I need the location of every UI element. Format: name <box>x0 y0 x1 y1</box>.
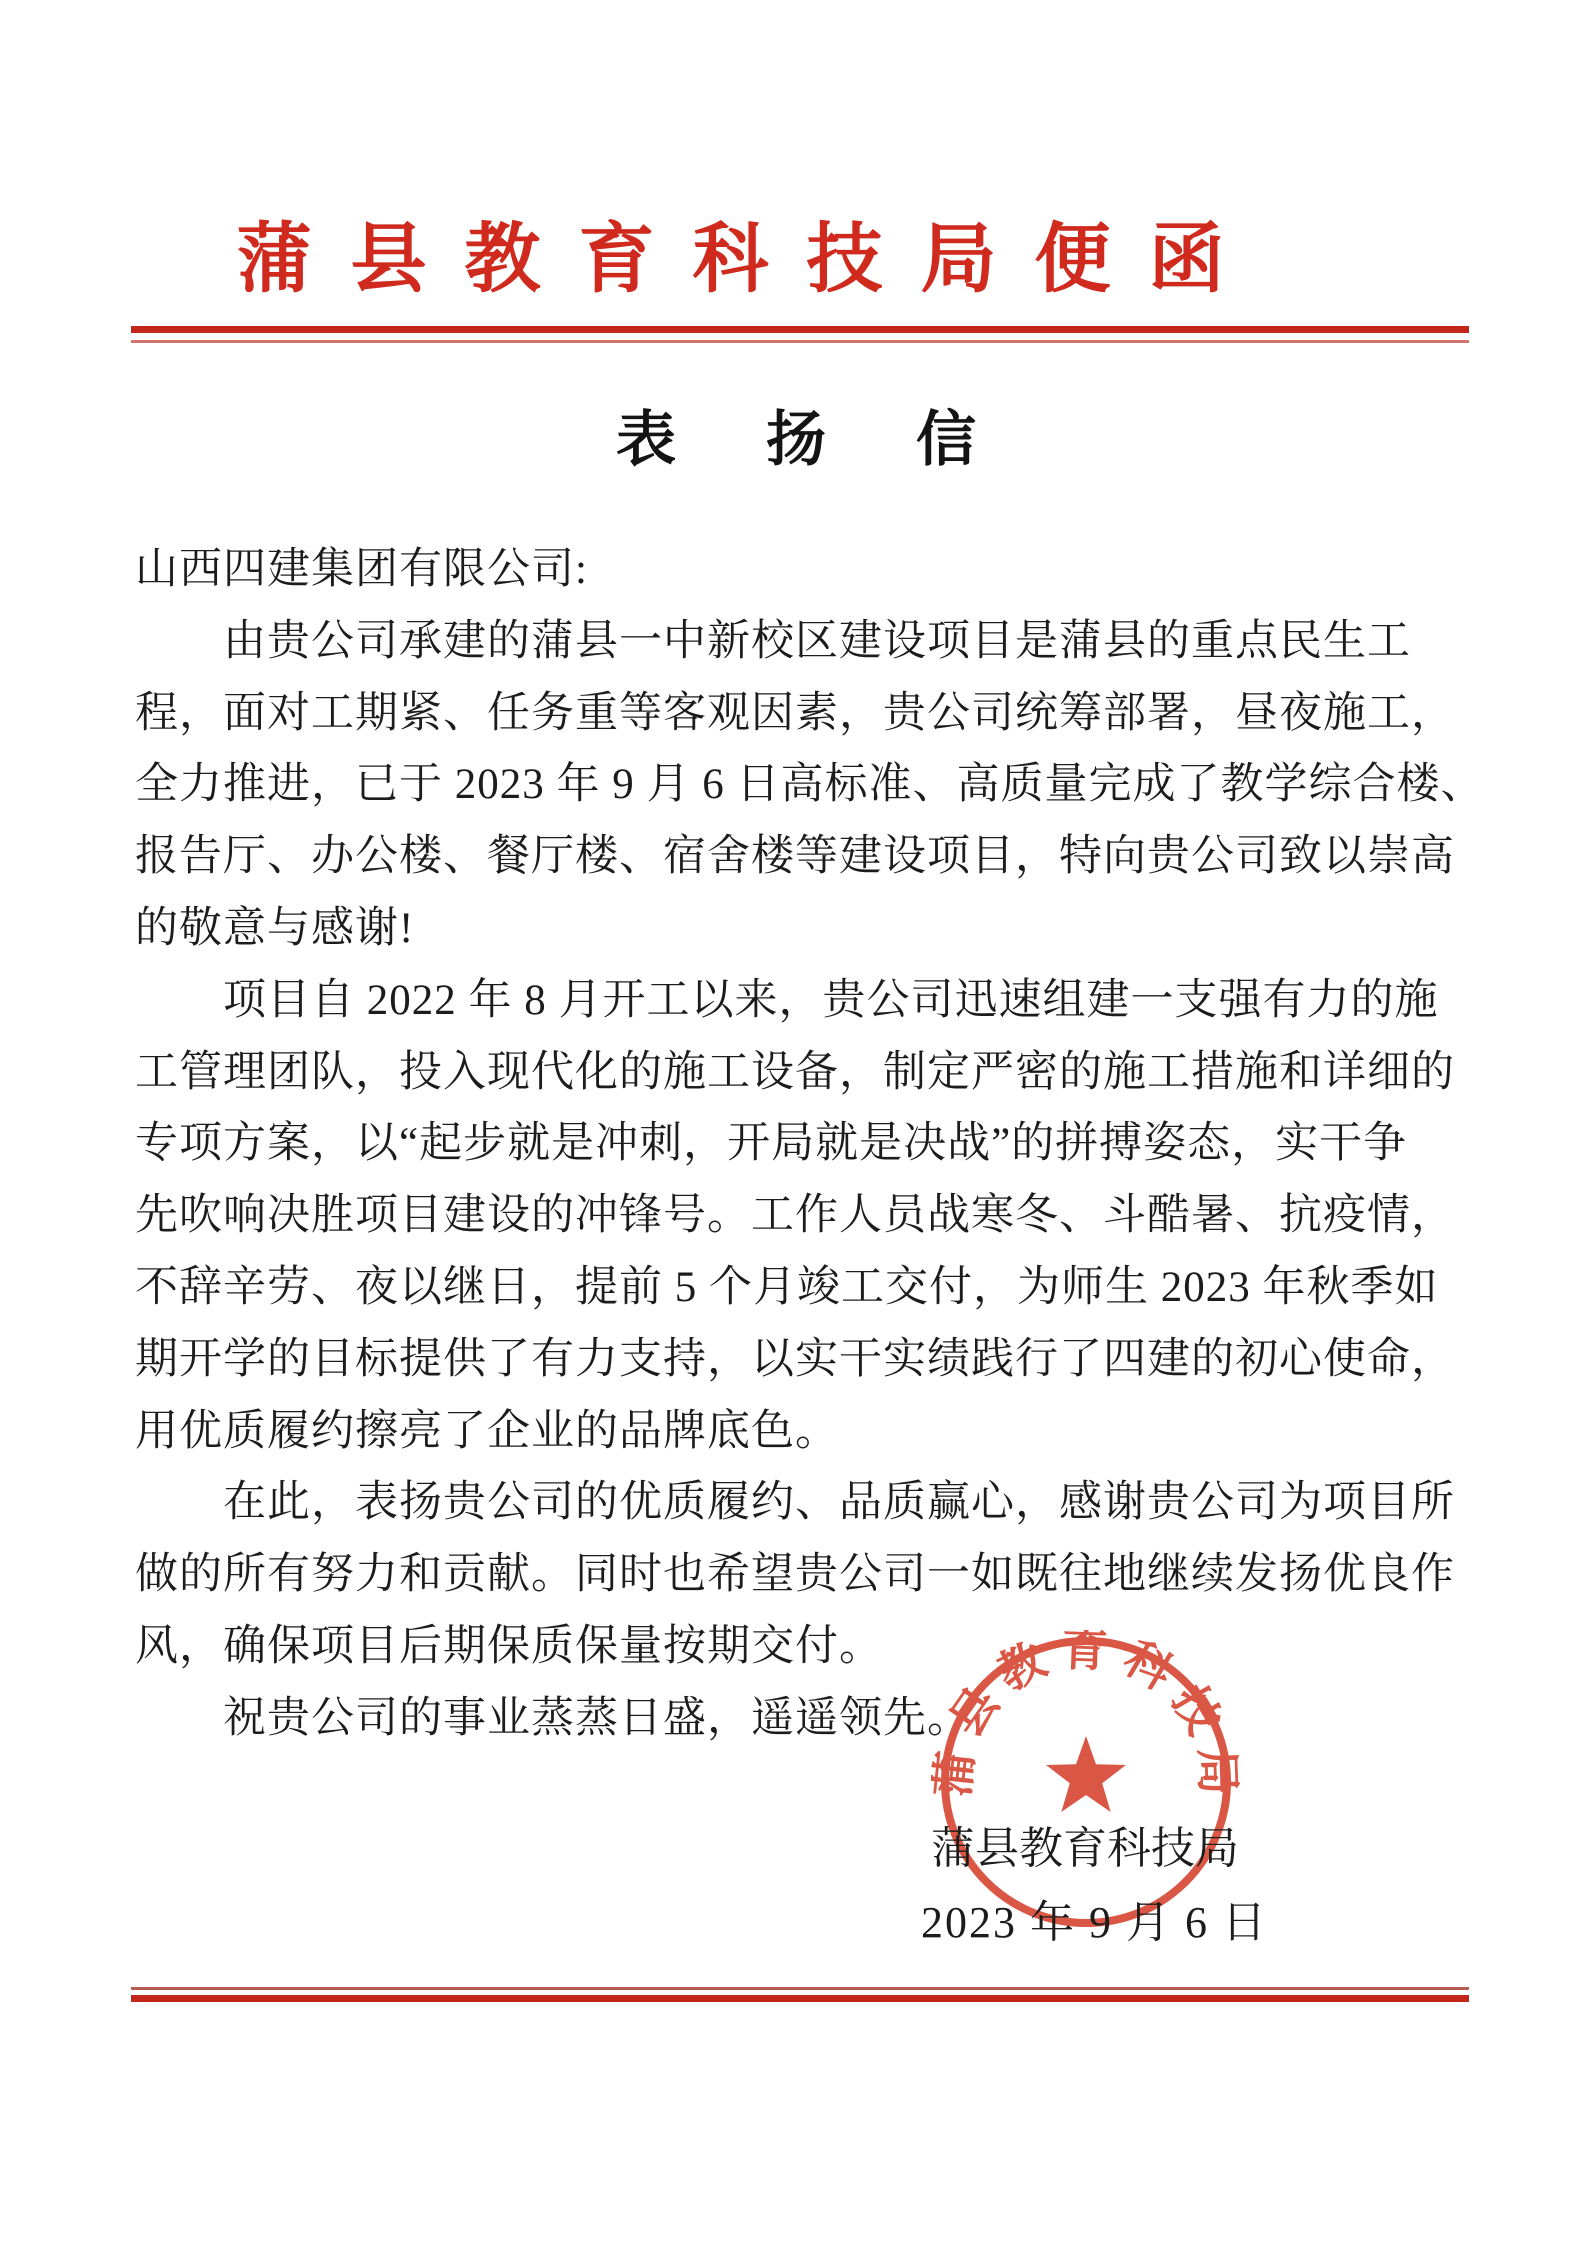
body-line: 工管理团队，投入现代化的施工设备，制定严密的施工措施和详细的 <box>135 1037 1465 1109</box>
body-line: 全力推进，已于 2023 年 9 月 6 日高标准、高质量完成了教学综合楼、 <box>135 749 1465 821</box>
body-line: 项目自 2022 年 8 月开工以来，贵公司迅速组建一支强有力的施 <box>135 965 1465 1037</box>
body-line: 风，确保项目后期保质保量按期交付。 <box>135 1611 1465 1683</box>
body-line: 的敬意与感谢! <box>135 893 1465 965</box>
body-line: 不辞辛劳、夜以继日，提前 5 个月竣工交付，为师生 2023 年秋季如 <box>135 1252 1465 1324</box>
body-line: 由贵公司承建的蒲县一中新校区建设项目是蒲县的重点民生工 <box>135 606 1465 678</box>
letter-body: 山西四建集团有限公司: 由贵公司承建的蒲县一中新校区建设项目是蒲县的重点民生工 … <box>135 534 1465 1755</box>
letterhead-rule-thin <box>131 340 1469 343</box>
letter-page: 蒲县教育科技局便函 表扬信 山西四建集团有限公司: 由贵公司承建的蒲县一中新校区… <box>0 0 1587 2245</box>
signature-agency: 蒲县教育科技局 <box>931 1812 1239 1876</box>
document-title: 表扬信 <box>131 392 1461 478</box>
footer-rule-thick <box>131 1995 1469 2002</box>
body-line: 程，面对工期紧、任务重等客观因素，贵公司统筹部署，昼夜施工， <box>135 678 1465 750</box>
body-line: 用优质履约擦亮了企业的品牌底色。 <box>135 1396 1465 1468</box>
star-icon <box>1046 1736 1126 1812</box>
body-line: 报告厅、办公楼、餐厅楼、宿舍楼等建设项目，特向贵公司致以崇高 <box>135 821 1465 893</box>
footer-rule-thin <box>131 1987 1469 1990</box>
body-line: 祝贵公司的事业蒸蒸日盛，遥遥领先。 <box>135 1683 1465 1755</box>
body-line: 在此，表扬贵公司的优质履约、品质赢心，感谢贵公司为项目所 <box>135 1467 1465 1539</box>
letterhead-rule-thick <box>131 326 1469 333</box>
body-line: 先吹响决胜项目建设的冲锋号。工作人员战寒冬、斗酷暑、抗疫情， <box>135 1180 1465 1252</box>
letterhead-title: 蒲县教育科技局便函 <box>58 198 1403 307</box>
body-line: 做的所有努力和贡献。同时也希望贵公司一如既往地继续发扬优良作 <box>135 1539 1465 1611</box>
signature-date: 2023 年 9 月 6 日 <box>921 1886 1268 1950</box>
salutation: 山西四建集团有限公司: <box>135 534 1465 606</box>
body-line: 专项方案，以“起步就是冲刺，开局就是决战”的拼搏姿态，实干争 <box>135 1108 1465 1180</box>
body-line: 期开学的目标提供了有力支持，以实干实绩践行了四建的初心使命， <box>135 1324 1465 1396</box>
